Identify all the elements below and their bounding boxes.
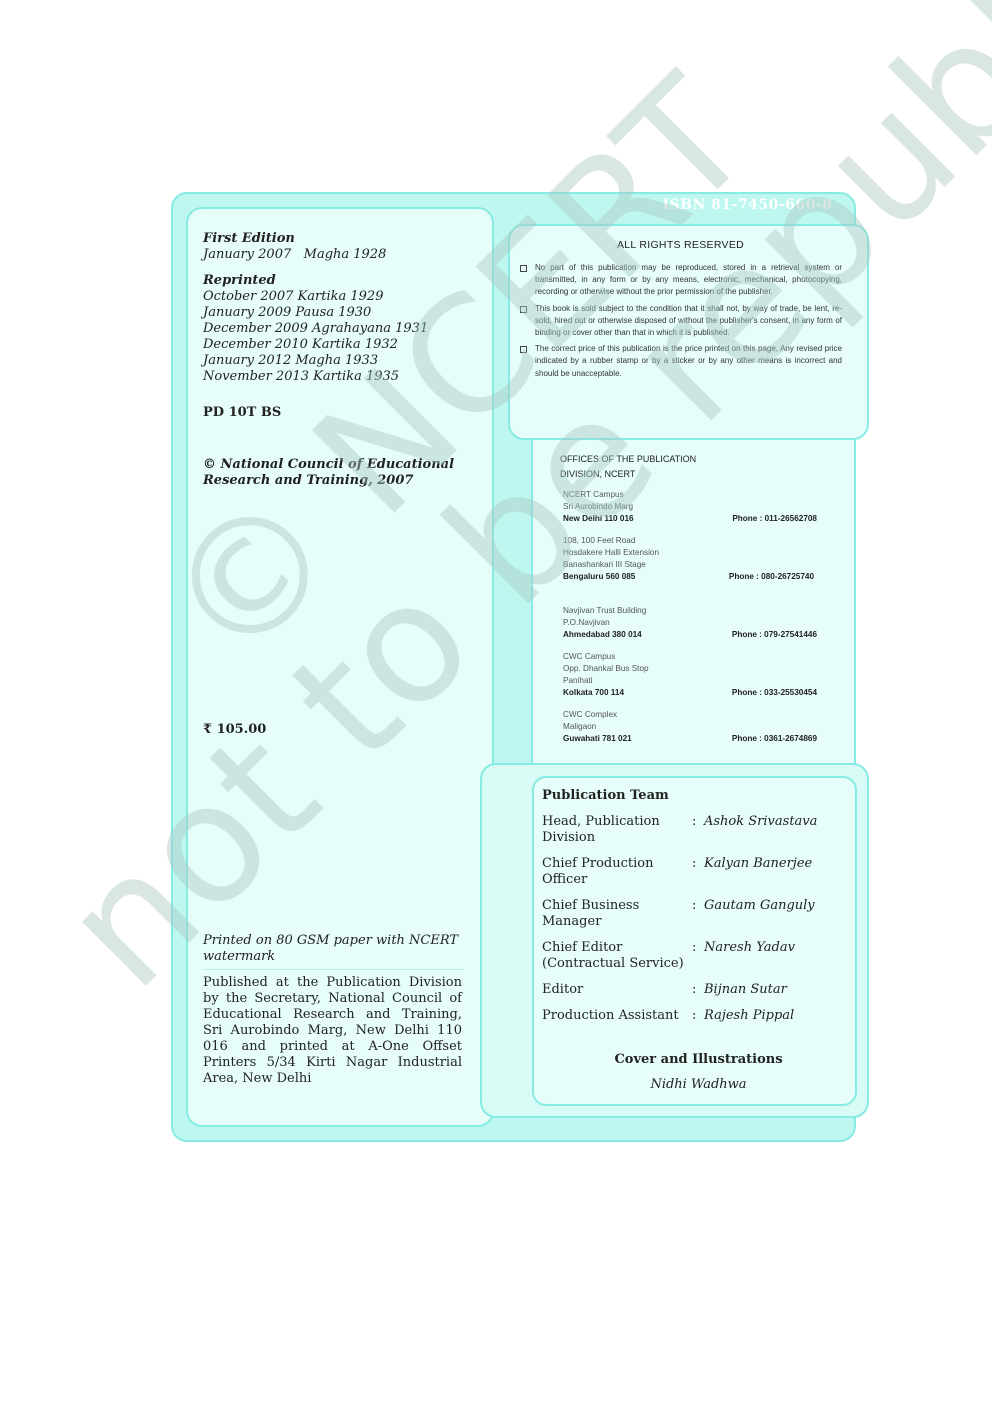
checkbox-bullet-icon bbox=[520, 346, 527, 353]
printed-note: Printed on 80 GSM paper with NCERT water… bbox=[203, 933, 463, 965]
divider bbox=[203, 969, 463, 970]
team-role: Chief BusinessManager bbox=[542, 898, 690, 930]
reprint-item: December 2010 Kartika 1932 bbox=[203, 337, 428, 353]
team-role: Editor bbox=[542, 982, 690, 998]
checkbox-bullet-icon bbox=[520, 306, 527, 313]
first-edition-title: First Edition bbox=[203, 231, 295, 247]
rights-item: This book is sold subject to the conditi… bbox=[520, 303, 842, 340]
office-kolkata: CWC Campus Opp. Dhankal Bus Stop Panihat… bbox=[563, 651, 833, 699]
rights-list: No part of this publication may be repro… bbox=[520, 262, 842, 384]
reprinted-title: Reprinted bbox=[203, 273, 276, 289]
rights-item: No part of this publication may be repro… bbox=[520, 262, 842, 299]
team-role: Head, PublicationDivision bbox=[542, 814, 690, 846]
first-edition-date: January 2007 Magha 1928 bbox=[203, 247, 386, 263]
team-member-name: Kalyan Banerjee bbox=[704, 856, 812, 872]
team-member-name: Gautam Ganguly bbox=[704, 898, 815, 914]
reprint-item: January 2012 Magha 1933 bbox=[203, 353, 428, 369]
reprint-item: December 2009 Agrahayana 1931 bbox=[203, 321, 428, 337]
cover-title: Cover and Illustrations bbox=[532, 1052, 865, 1067]
team-member-name: Ashok Srivastava bbox=[704, 814, 817, 830]
publisher-note: Published at the Publication Division by… bbox=[203, 975, 462, 1087]
team-member-name: Naresh Yadav bbox=[704, 940, 795, 956]
office-new-delhi: NCERT Campus Sri Aurobindo Marg New Delh… bbox=[563, 489, 833, 525]
reprint-item: October 2007 Kartika 1929 bbox=[203, 289, 428, 305]
offices-title: OFFICES OF THE PUBLICATION DIVISION, NCE… bbox=[560, 452, 760, 482]
cover-illustrator: Nidhi Wadhwa bbox=[532, 1077, 865, 1092]
office-ahmedabad: Navjivan Trust Building P.O.Navjivan Ahm… bbox=[563, 605, 833, 641]
rights-item: The correct price of this publication is… bbox=[520, 343, 842, 380]
isbn-label: ISBN 81-7450-660-8 bbox=[660, 197, 835, 213]
reprint-item: November 2013 Kartika 1935 bbox=[203, 369, 428, 385]
checkbox-bullet-icon bbox=[520, 265, 527, 272]
copyright-notice: © National Council of Educational Resear… bbox=[203, 457, 473, 489]
reprint-list: October 2007 Kartika 1929 January 2009 P… bbox=[203, 289, 428, 385]
rights-title: ALL RIGHTS RESERVED bbox=[508, 239, 853, 251]
publication-code: PD 10T BS bbox=[203, 405, 281, 421]
office-guwahati: CWC Complex Maligaon Guwahati 781 021 Ph… bbox=[563, 709, 833, 745]
team-member-name: Bijnan Sutar bbox=[704, 982, 787, 998]
team-role: Production Assistant bbox=[542, 1008, 690, 1024]
team-role: Chief Editor(Contractual Service) bbox=[542, 940, 690, 972]
team-member-name: Rajesh Pippal bbox=[704, 1008, 794, 1024]
team-role: Chief ProductionOfficer bbox=[542, 856, 690, 888]
reprint-item: January 2009 Pausa 1930 bbox=[203, 305, 428, 321]
price: ₹ 105.00 bbox=[203, 722, 266, 738]
team-title: Publication Team bbox=[542, 788, 669, 803]
office-bengaluru: 108, 100 Feet Road Hosdakere Halli Exten… bbox=[563, 535, 833, 583]
